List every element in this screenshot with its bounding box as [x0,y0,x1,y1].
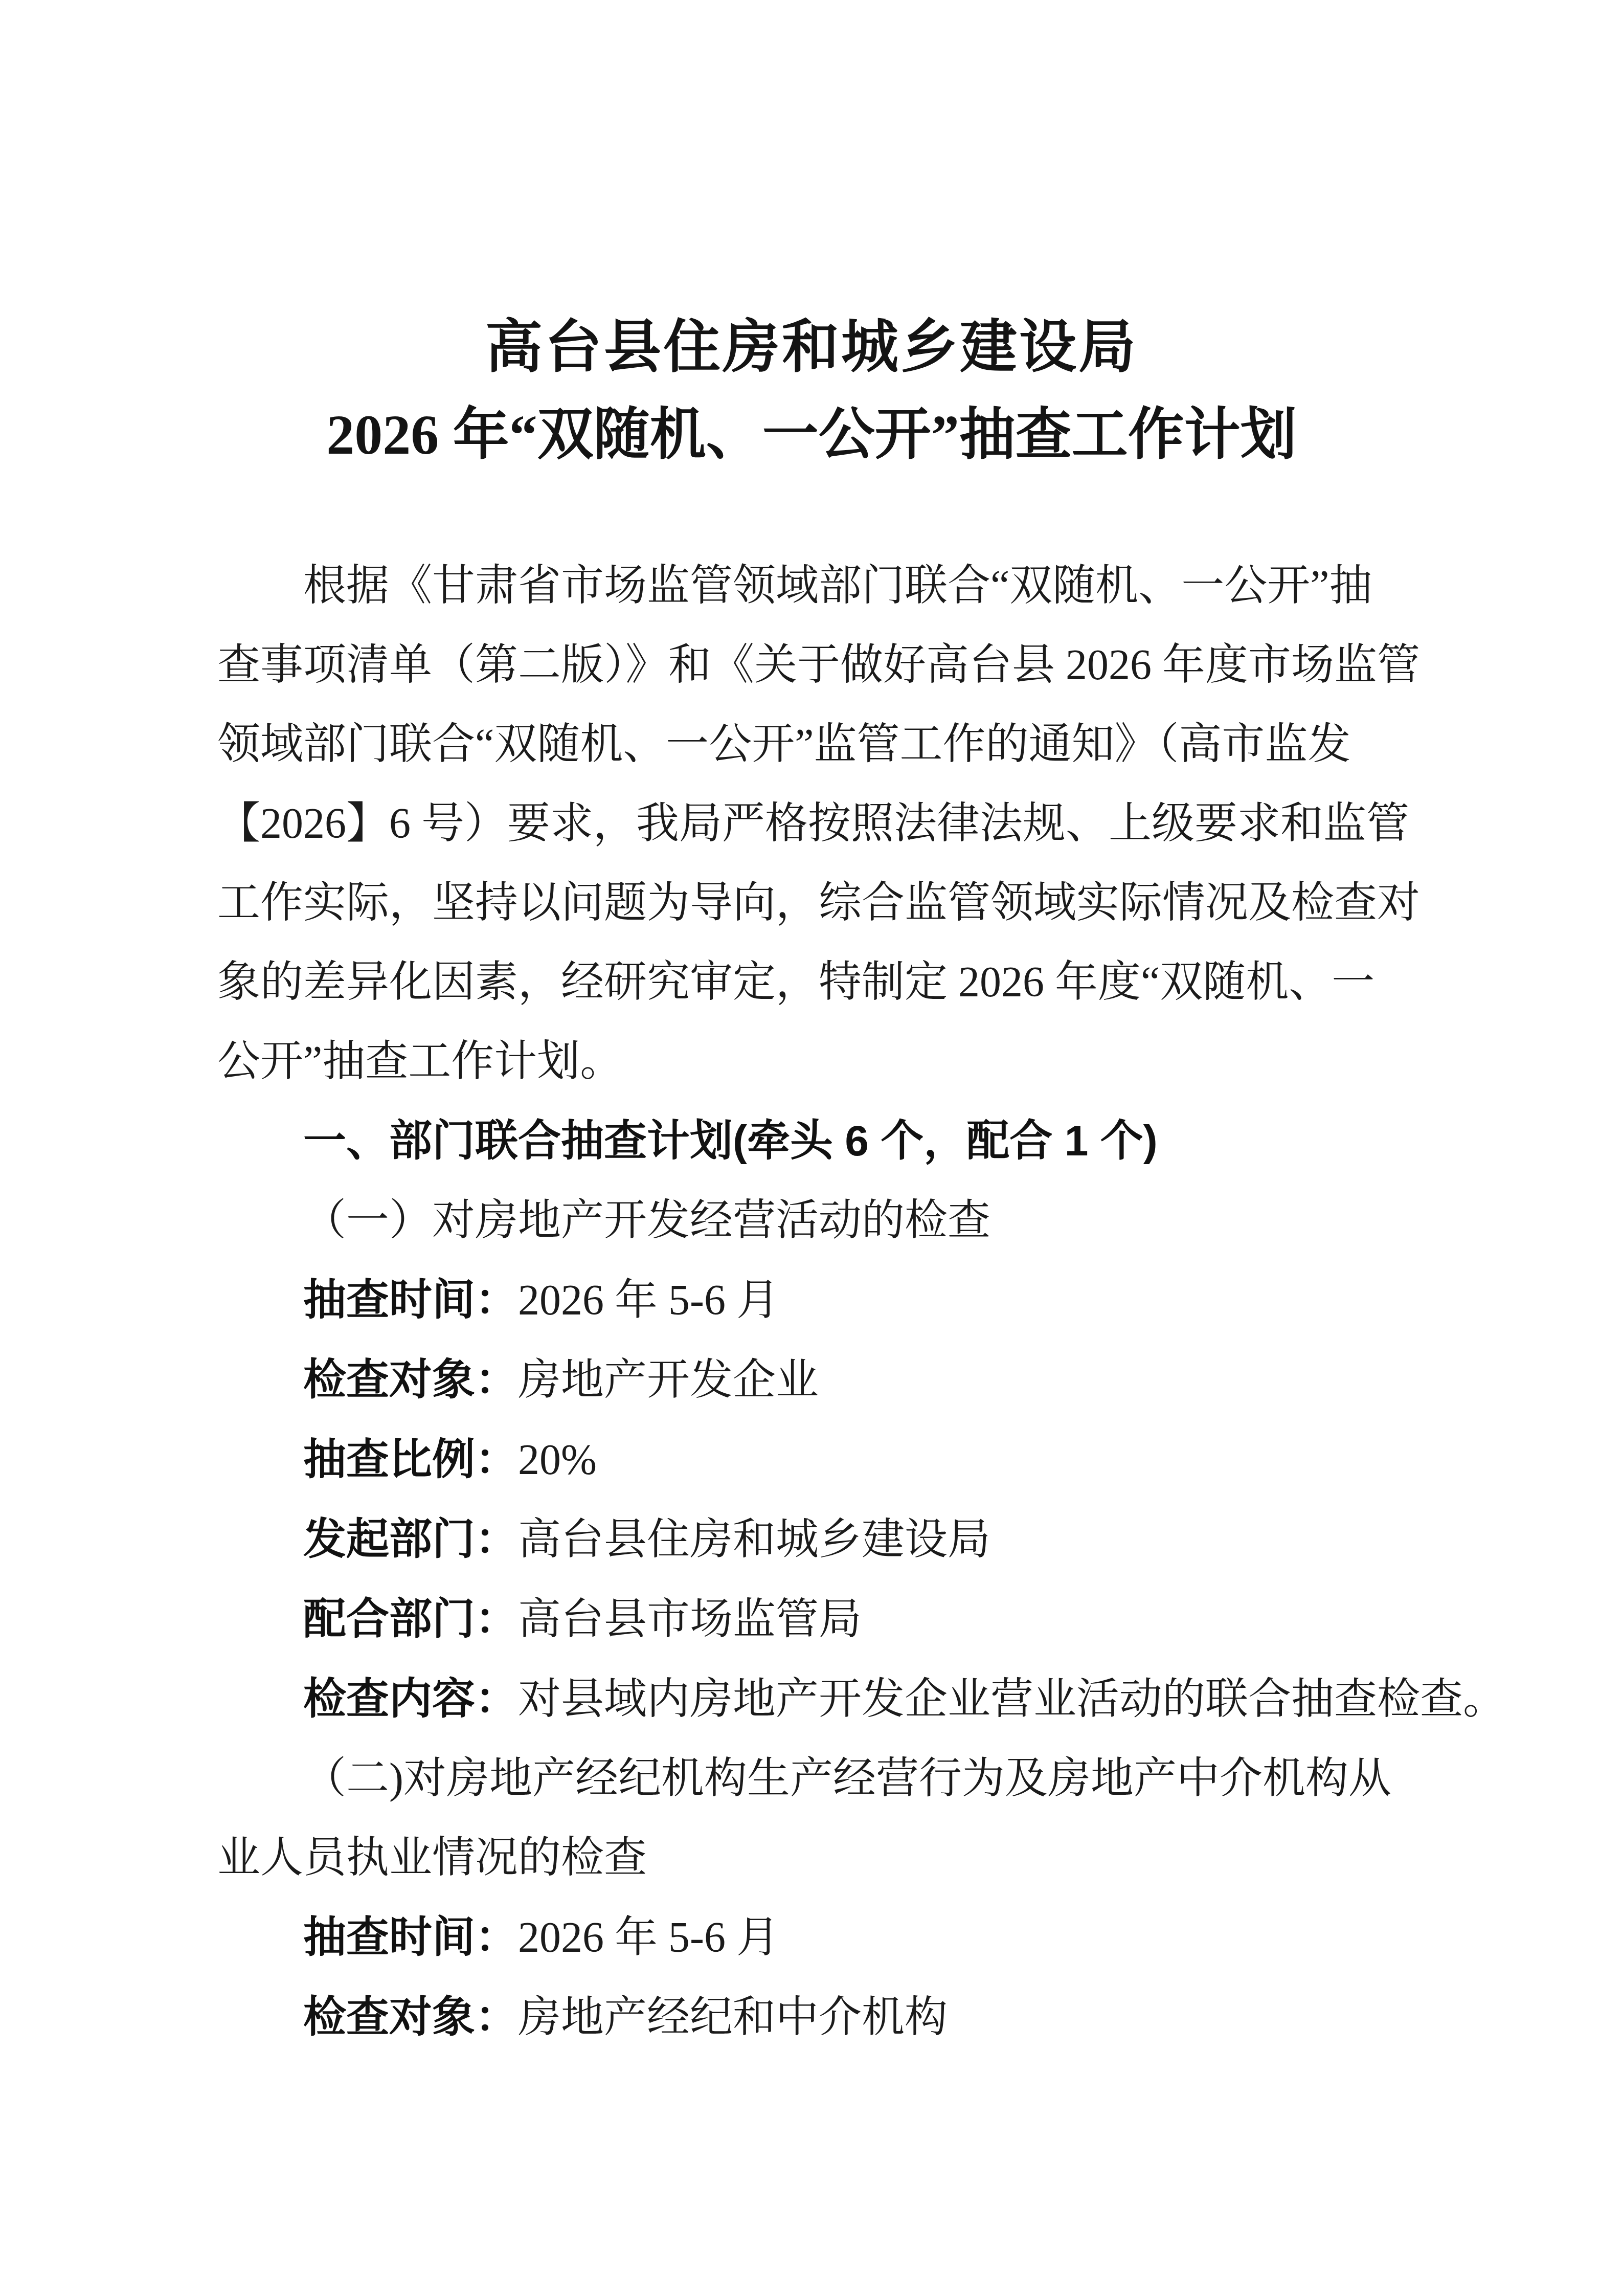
document-title-line2: 2026 年“双随机、一公开”抽查工作计划 [0,391,1623,478]
text-line: 查事项清单（第二版）》和《关于做好高台县 2026 年度市场监管 [217,626,1439,705]
document-title: 高台县住房和城乡建设局 2026 年“双随机、一公开”抽查工作计划 [0,0,1623,478]
text-segment: 【2026】6 号）要求，我局严格按照法律法规、上级要求和监管 [217,800,1409,848]
field-label: 检查对象： [303,1355,518,1403]
text-line: 公开”抽查工作计划。 [217,1022,1439,1101]
text-line: （二)对房地产经纪机构生产经营行为及房地产中介机构从 [217,1739,1439,1818]
text-line: 抽查时间：2026 年 5-6 月 [217,1898,1439,1977]
text-line: 配合部门：高台县市场监管局 [217,1579,1439,1659]
text-line: 工作实际，坚持以问题为导向，综合监管领域实际情况及检查对 [217,863,1439,943]
document-title-line1: 高台县住房和城乡建设局 [0,304,1623,391]
text-line: 检查对象：房地产开发企业 [217,1340,1439,1420]
text-segment: 高台县住房和城乡建设局 [518,1516,990,1564]
text-segment: 房地产经纪和中介机构 [518,1994,948,2041]
text-segment: 根据《甘肃省市场监管领域部门联合“双随机、一公开”抽 [303,562,1372,610]
text-line: 业人员执业情况的检查 [217,1818,1439,1898]
text-line: 抽查时间：2026 年 5-6 月 [217,1260,1439,1340]
text-segment: 对县域内房地产开发企业营业活动的联合抽查检查。 [518,1676,1506,1723]
field-label: 一、部门联合抽查计划(牵头 6 个，配合 1 个) [303,1117,1158,1165]
text-line: （一）对房地产开发经营活动的检查 [217,1181,1439,1260]
text-segment: （二)对房地产经纪机构生产经营行为及房地产中介机构从 [303,1755,1391,1802]
text-line: 发起部门：高台县住房和城乡建设局 [217,1500,1439,1579]
section-heading: 一、部门联合抽查计划(牵头 6 个，配合 1 个) [217,1101,1439,1181]
field-label: 抽查比例： [303,1435,518,1483]
text-line: 检查对象：房地产经纪和中介机构 [217,1977,1439,2057]
field-label: 检查内容： [303,1675,518,1723]
text-segment: 工作实际，坚持以问题为导向，综合监管领域实际情况及检查对 [217,879,1420,927]
text-segment: 领域部门联合“双随机、一公开”监管工作的通知》（高市监发 [217,721,1351,768]
text-segment: 2026 年 5-6 月 [518,1277,779,1324]
field-label: 配合部门： [303,1595,518,1643]
text-segment: （一）对房地产开发经营活动的检查 [303,1197,990,1244]
field-label: 抽查时间： [303,1276,518,1324]
text-segment: 公开”抽查工作计划。 [217,1038,623,1085]
field-label: 检查对象： [303,1993,518,2041]
text-segment: 象的差异化因素，经研究审定，特制定 2026 年度“双随机、一 [217,958,1374,1006]
text-line: 抽查比例：20% [217,1420,1439,1500]
text-segment: 查事项清单（第二版）》和《关于做好高台县 2026 年度市场监管 [217,641,1420,689]
text-segment: 高台县市场监管局 [518,1596,862,1643]
text-line: 【2026】6 号）要求，我局严格按照法律法规、上级要求和监管 [217,784,1439,863]
field-label: 抽查时间： [303,1913,518,1961]
text-line: 检查内容：对县域内房地产开发企业营业活动的联合抽查检查。 [217,1659,1439,1739]
text-line: 领域部门联合“双随机、一公开”监管工作的通知》（高市监发 [217,705,1439,784]
text-segment: 2026 年 5-6 月 [518,1914,779,1961]
text-line: 根据《甘肃省市场监管领域部门联合“双随机、一公开”抽 [217,546,1439,626]
document-page: 高台县住房和城乡建设局 2026 年“双随机、一公开”抽查工作计划 根据《甘肃省… [0,0,1623,2296]
text-line: 象的差异化因素，经研究审定，特制定 2026 年度“双随机、一 [217,943,1439,1022]
text-segment: 20% [518,1436,597,1484]
text-segment: 业人员执业情况的检查 [217,1834,647,1882]
field-label: 发起部门： [303,1515,518,1563]
text-segment: 房地产开发企业 [518,1356,819,1404]
document-body: 根据《甘肃省市场监管领域部门联合“双随机、一公开”抽查事项清单（第二版）》和《关… [0,546,1623,2057]
